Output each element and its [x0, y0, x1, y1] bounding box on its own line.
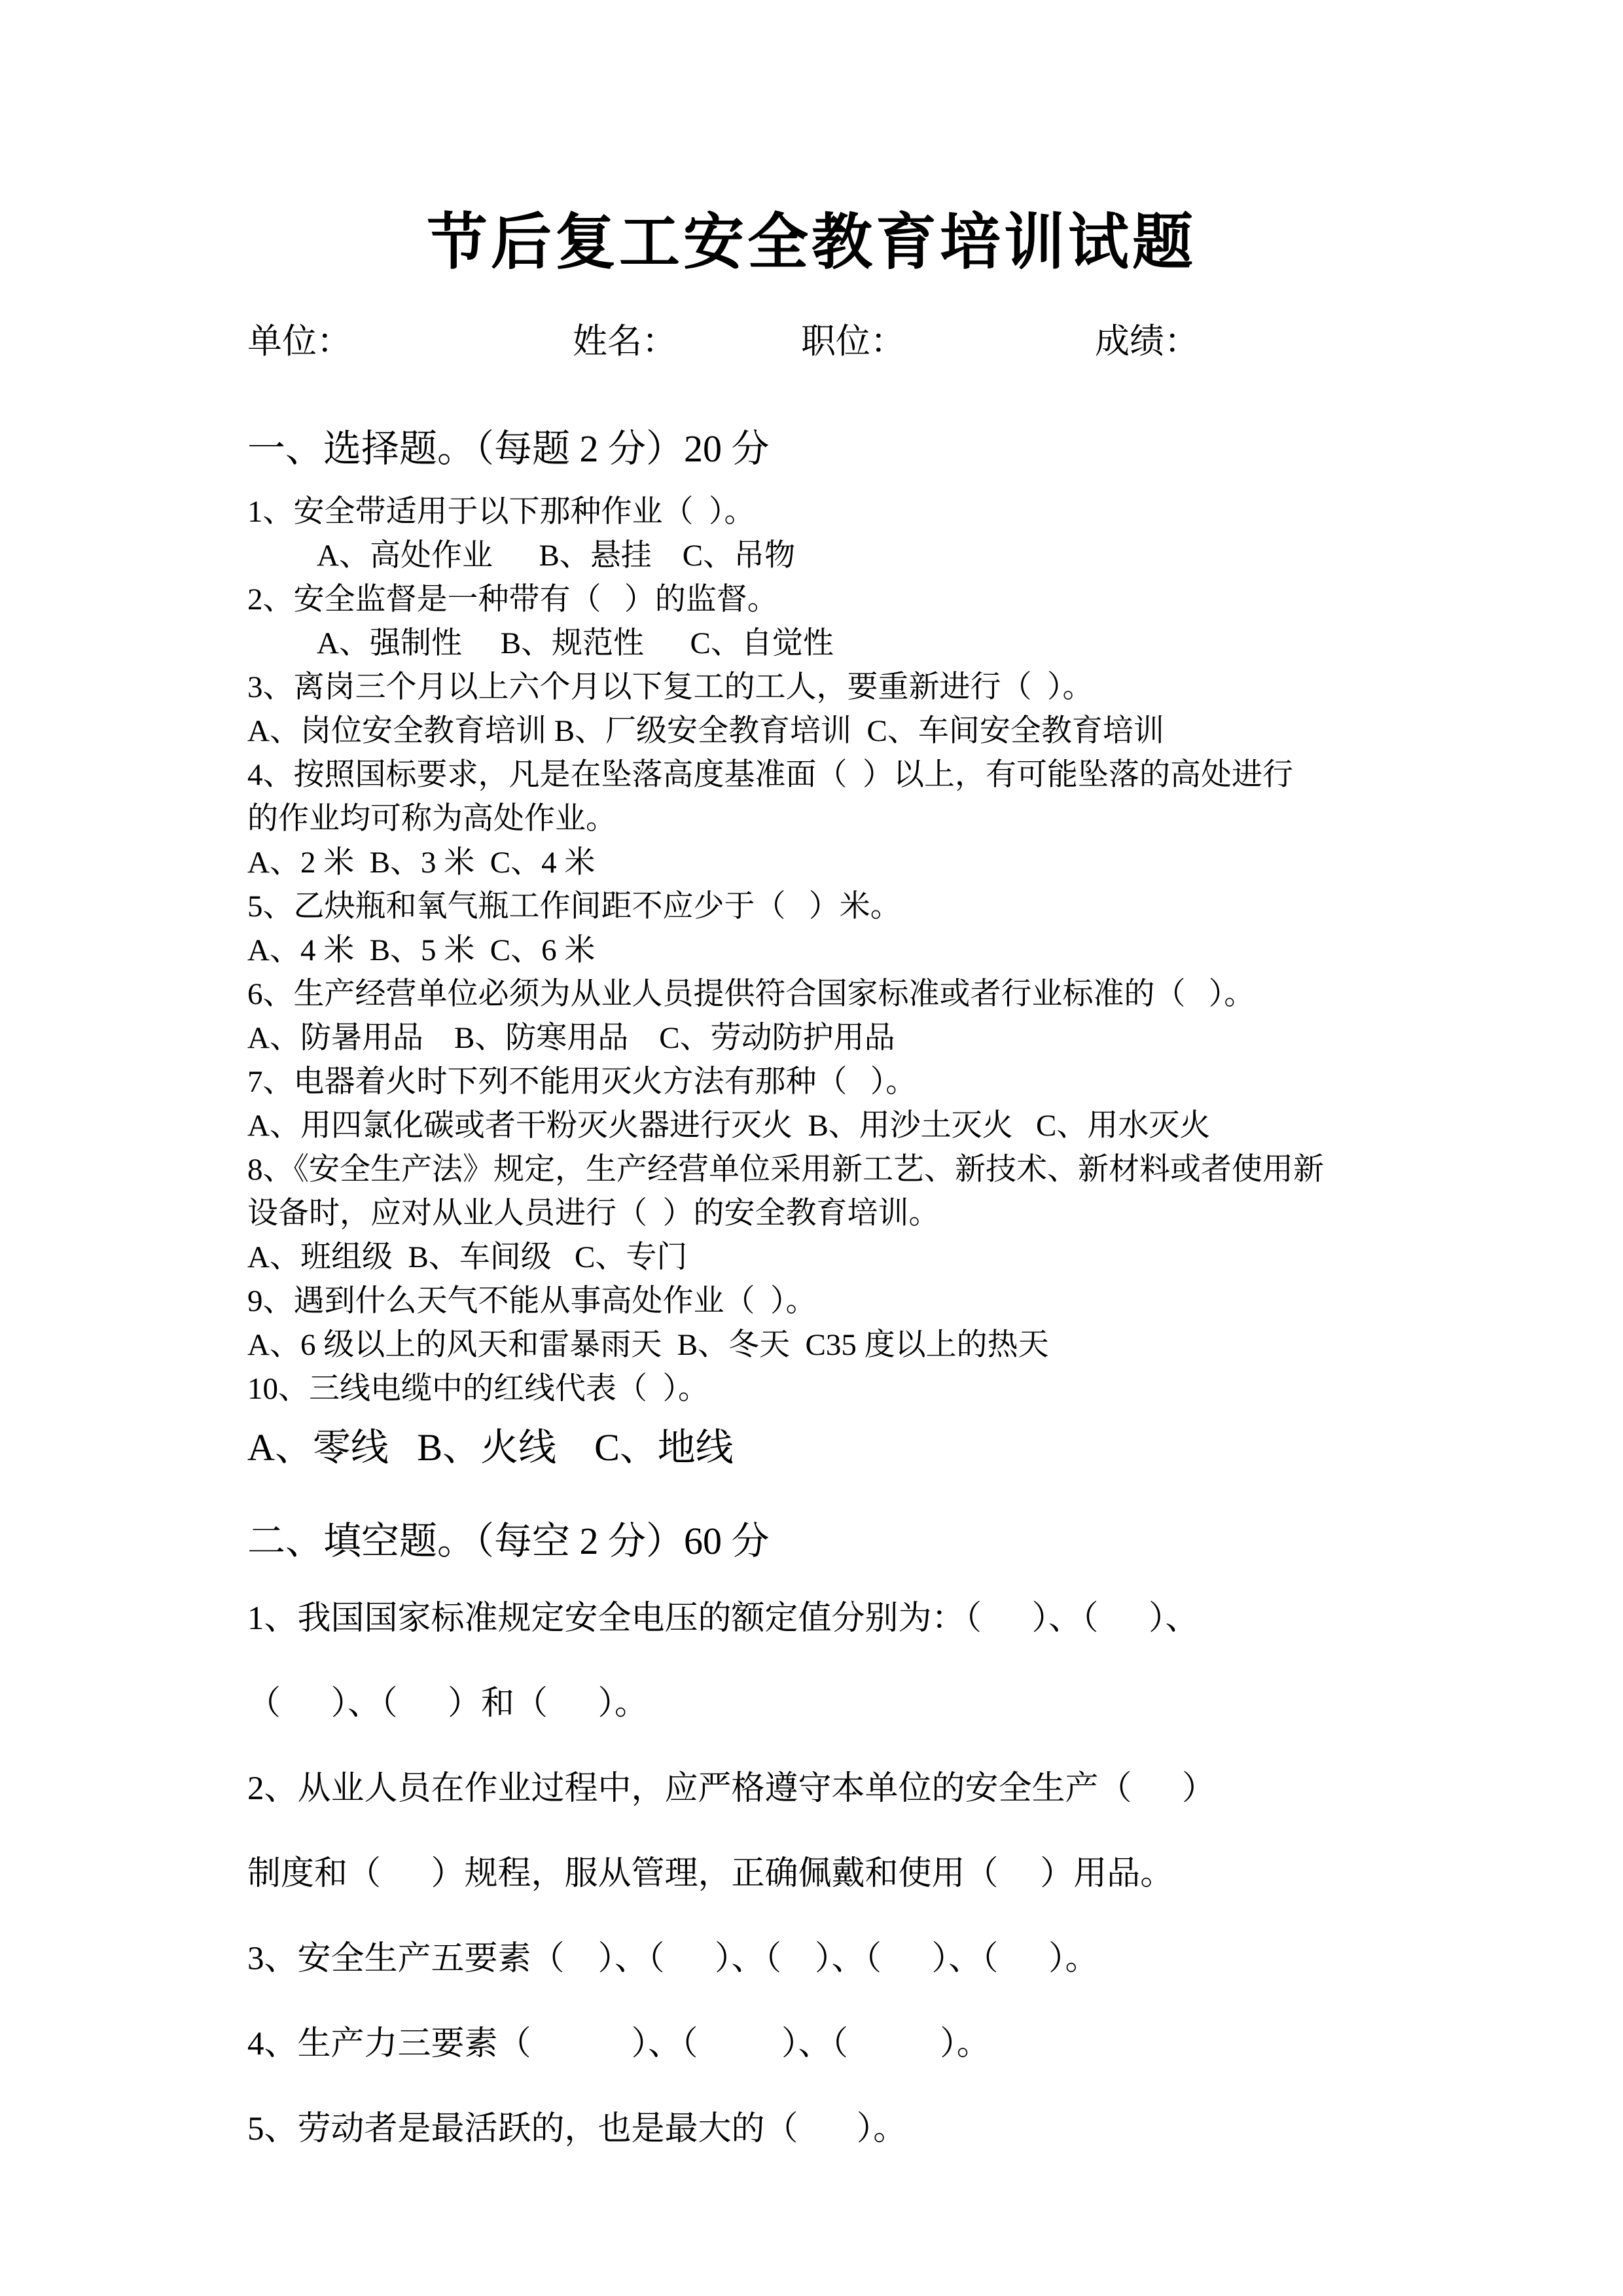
- question-line: A、防暑用品 B、防寒用品 C、劳动防护用品: [247, 1016, 1414, 1060]
- question-block: 5、劳动者是最活跃的，也是最大的（ ）。: [247, 2087, 1414, 2172]
- info-field-label: 姓名：: [573, 321, 801, 362]
- question-line: 8、《安全生产法》规定，生产经营单位采用新工艺、新技术、新材料或者使用新: [247, 1148, 1414, 1192]
- question-line: 1、安全带适用于以下那种作业（ ）。: [247, 490, 1414, 534]
- question-line: 1、我国国家标准规定安全电压的额定值分别为：（ ）、（ ）、: [247, 1576, 1414, 1661]
- exam-document-page: 节后复工安全教育培训试题 单位：姓名：职位：成绩： 一、选择题。（每题 2 分）…: [0, 0, 1623, 2296]
- question-block: 6、生产经营单位必须为从业人员提供符合国家标准或者行业标准的（ ）。A、防暑用品…: [247, 973, 1414, 1060]
- section2-heading: 二、填空题。（每空 2 分）60 分: [247, 1516, 1407, 1567]
- question-line: 10、三线电缆中的红线代表（ ）。: [247, 1367, 1414, 1411]
- info-field-label: 单位：: [247, 321, 573, 362]
- question-block: 4、按照国标要求，凡是在坠落高度基准面（ ）以上，有可能坠落的高处进行的作业均可…: [247, 753, 1414, 885]
- question-line: A、班组级 B、车间级 C、专门: [247, 1236, 1414, 1280]
- question-line: A、2 米 B、3 米 C、4 米: [247, 841, 1414, 885]
- question-line: A、6 级以上的风天和雷暴雨天 B、冬天 C35 度以上的热天: [247, 1323, 1414, 1367]
- question-line: 2、安全监督是一种带有（ ）的监督。: [247, 578, 1414, 622]
- section1-heading: 一、选择题。（每题 2 分）20 分: [247, 423, 1407, 475]
- section2-questions: 1、我国国家标准规定安全电压的额定值分别为：（ ）、（ ）、（ ）、（ ）和（ …: [247, 1576, 1414, 2172]
- question-line: 5、劳动者是最活跃的，也是最大的（ ）。: [247, 2087, 1414, 2172]
- question-block: 1、安全带适用于以下那种作业（ ）。A、高处作业 B、悬挂 C、吊物: [247, 490, 1414, 578]
- question-line: A、用四氯化碳或者干粉灭火器进行灭火 B、用沙土灭火 C、用水灭火: [247, 1104, 1414, 1148]
- info-field-label: 职位：: [801, 321, 1095, 362]
- question-block: 5、乙炔瓶和氧气瓶工作间距不应少于（ ）米。A、4 米 B、5 米 C、6 米: [247, 885, 1414, 973]
- question-block: 3、安全生产五要素（ ）、（ ）、（ ）、（ ）、（ ）。: [247, 1916, 1414, 2001]
- question-block: 8、《安全生产法》规定，生产经营单位采用新工艺、新技术、新材料或者使用新设备时，…: [247, 1148, 1414, 1280]
- question-line: 4、生产力三要素（ ）、（ ）、（ ）。: [247, 2001, 1414, 2087]
- page-title: 节后复工安全教育培训试题: [0, 0, 1623, 281]
- question-line: A、岗位安全教育培训 B、厂级安全教育培训 C、车间安全教育培训: [247, 709, 1414, 753]
- question-line: 3、安全生产五要素（ ）、（ ）、（ ）、（ ）、（ ）。: [247, 1916, 1414, 2001]
- question-block: 2、从业人员在作业过程中，应严格遵守本单位的安全生产（ ）制度和（ ）规程，服从…: [247, 1746, 1414, 1916]
- question-block: 4、生产力三要素（ ）、（ ）、（ ）。: [247, 2001, 1414, 2087]
- question-block: 7、电器着火时下列不能用灭火方法有那种（ ）。A、用四氯化碳或者干粉灭火器进行灭…: [247, 1060, 1414, 1148]
- question-line: A、强制性 B、规范性 C、自觉性: [247, 622, 1414, 666]
- question-line: 的作业均可称为高处作业。: [247, 797, 1414, 841]
- question-line: 制度和（ ）规程，服从管理，正确佩戴和使用（ ）用品。: [247, 1831, 1414, 1916]
- question-line: 2、从业人员在作业过程中，应严格遵守本单位的安全生产（ ）: [247, 1746, 1414, 1831]
- question-line: （ ）、（ ）和（ ）。: [247, 1661, 1414, 1746]
- question-block: 10、三线电缆中的红线代表（ ）。A、零线 B、火线 C、地线: [247, 1367, 1414, 1474]
- question-line: 4、按照国标要求，凡是在坠落高度基准面（ ）以上，有可能坠落的高处进行: [247, 753, 1414, 797]
- question-line: A、高处作业 B、悬挂 C、吊物: [247, 534, 1414, 578]
- question-block: 3、离岗三个月以上六个月以下复工的工人，要重新进行（ ）。A、岗位安全教育培训 …: [247, 666, 1414, 753]
- question-block: 9、遇到什么天气不能从事高处作业（ ）。A、6 级以上的风天和雷暴雨天 B、冬天…: [247, 1280, 1414, 1367]
- question-line: A、4 米 B、5 米 C、6 米: [247, 929, 1414, 973]
- info-field-label: 成绩：: [1095, 321, 1199, 362]
- info-row: 单位：姓名：职位：成绩：: [247, 321, 1407, 362]
- question-line: A、零线 B、火线 C、地线: [247, 1411, 1414, 1474]
- question-block: 2、安全监督是一种带有（ ）的监督。A、强制性 B、规范性 C、自觉性: [247, 578, 1414, 666]
- question-line: 9、遇到什么天气不能从事高处作业（ ）。: [247, 1280, 1414, 1323]
- question-line: 6、生产经营单位必须为从业人员提供符合国家标准或者行业标准的（ ）。: [247, 973, 1414, 1016]
- question-line: 5、乙炔瓶和氧气瓶工作间距不应少于（ ）米。: [247, 885, 1414, 929]
- question-block: 1、我国国家标准规定安全电压的额定值分别为：（ ）、（ ）、（ ）、（ ）和（ …: [247, 1576, 1414, 1746]
- question-line: 设备时，应对从业人员进行（ ）的安全教育培训。: [247, 1192, 1414, 1236]
- question-line: 3、离岗三个月以上六个月以下复工的工人，要重新进行（ ）。: [247, 666, 1414, 709]
- section1-questions: 1、安全带适用于以下那种作业（ ）。A、高处作业 B、悬挂 C、吊物2、安全监督…: [247, 490, 1414, 1474]
- question-line: 7、电器着火时下列不能用灭火方法有那种（ ）。: [247, 1060, 1414, 1104]
